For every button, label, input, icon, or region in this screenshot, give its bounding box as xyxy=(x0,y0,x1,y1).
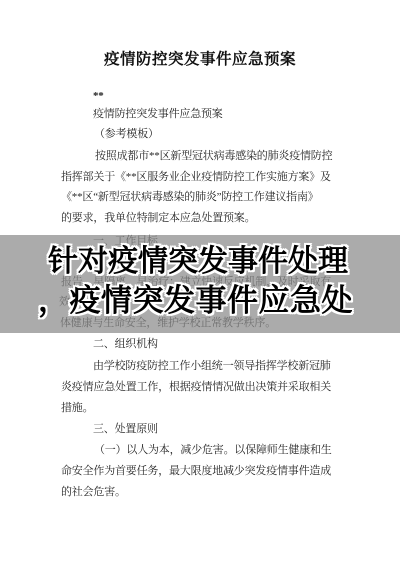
doc-heading-principles: 三、处置原则 xyxy=(93,424,158,435)
doc-line: 《**区“新型冠状病毒感染的肺炎”防控工作建议指南》 xyxy=(61,192,319,203)
doc-line-subtitle: 疫情防控突发事件应急预案 xyxy=(93,109,223,120)
doc-line: 按照成都市**区新型冠状病毒感染的肺炎疫情防控 xyxy=(95,151,332,162)
doc-line: 命安全作为首要任务，最大限度地减少突发疫情事件造成 xyxy=(61,466,331,477)
overlay-caption-line2: ，疫情突发事件应急处 xyxy=(38,286,353,317)
doc-line: 体健康与生命安全，维护学校正常教学秩序。 xyxy=(60,318,276,329)
doc-line: 的社会危害。 xyxy=(61,487,126,498)
doc-line: 炎疫情应急处置工作，根据疫情情况做出决策并采取相关 xyxy=(61,382,331,393)
doc-line: 的要求，我单位特制定本应急处置预案。 xyxy=(61,213,255,224)
doc-line: 措施。 xyxy=(61,403,93,414)
overlay-caption-line1: 针对疫情突发事件处理 xyxy=(48,247,348,277)
doc-heading-organization: 二、组织机构 xyxy=(93,339,158,350)
doc-line: （一）以人为本，减少危害。以保障师生健康和生 xyxy=(94,445,332,456)
doc-line: 由学校防疫防控工作小组统一领导指挥学校新冠肺 xyxy=(93,361,331,372)
document-title: 疫情防控突发事件应急预案 xyxy=(0,47,400,69)
doc-line: 指挥部关于《**区服务业企业疫情防控工作实施方案》及 xyxy=(61,172,331,183)
document-page: 疫情防控突发事件应急预案 ** 疫情防控突发事件应急预案 （参考模板） 按照成都… xyxy=(0,0,400,566)
doc-line-asterisks: ** xyxy=(93,91,104,102)
doc-line-template-note: （参考模板） xyxy=(94,129,159,140)
